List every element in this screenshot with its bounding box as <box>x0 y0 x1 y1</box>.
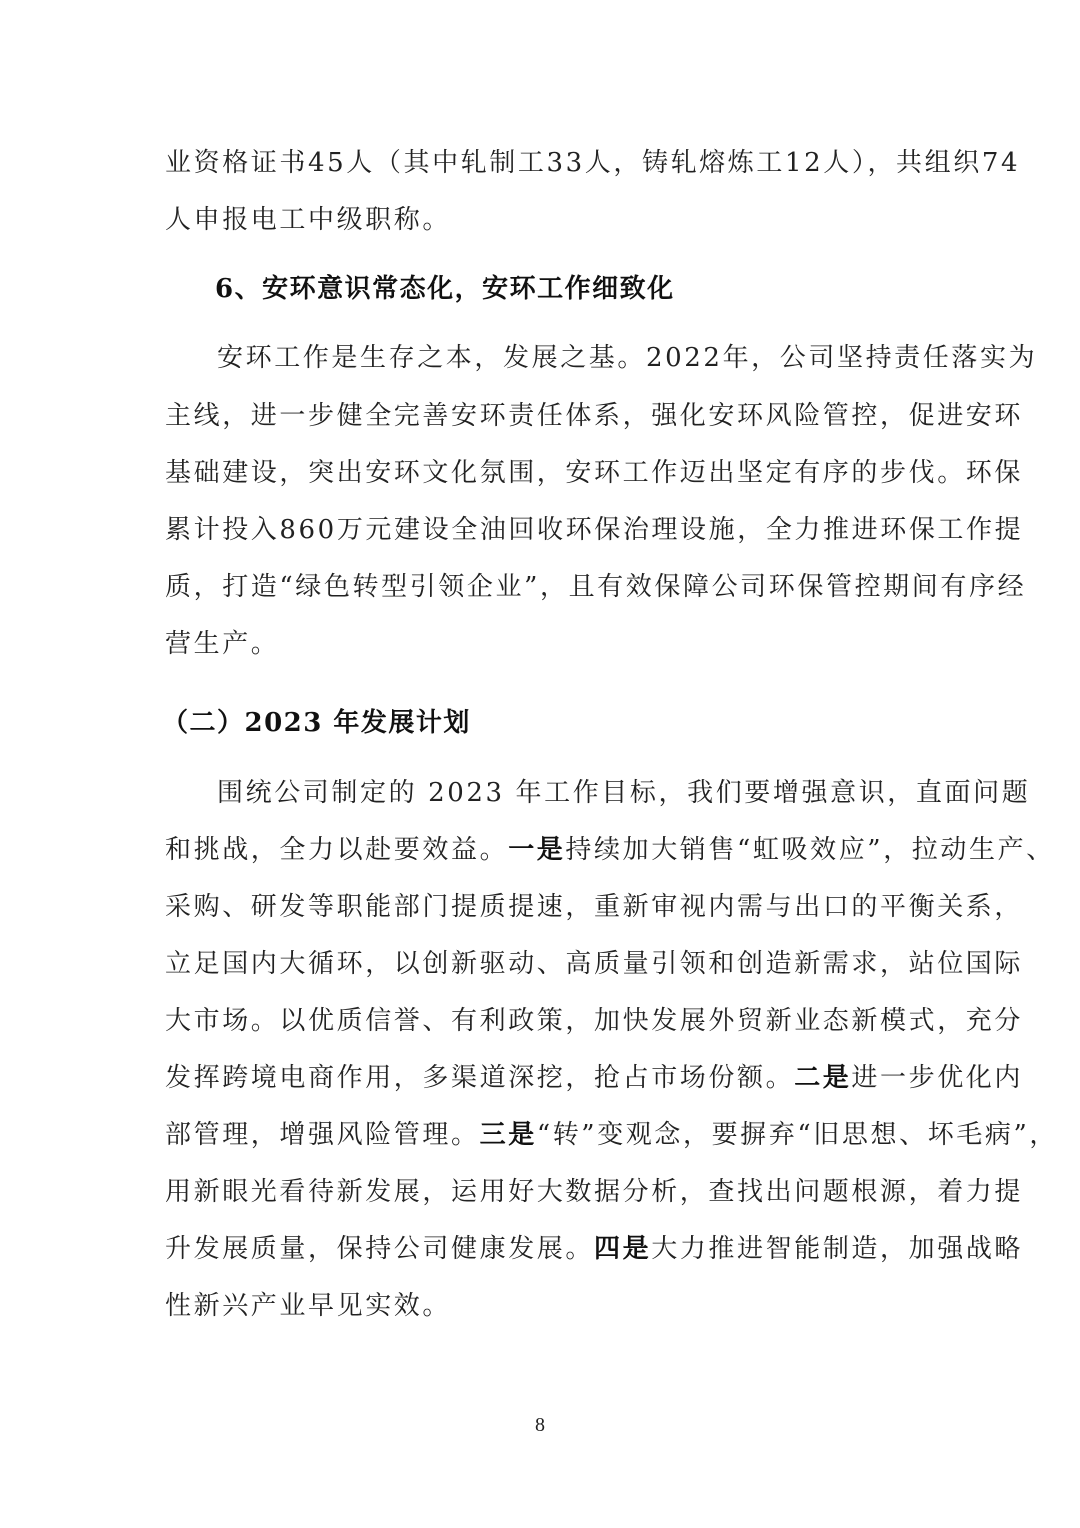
text-span: 升发展质量，保持公司健康发展。 <box>165 1234 594 1264</box>
text-line: 质，打造“绿色转型引领企业”，且有效保障公司环保管控期间有序经 <box>165 570 917 604</box>
bold-marker-two: 二是 <box>794 1063 851 1093</box>
text-span: “转”变观念，要摒弃“旧思想、坏毛病”， <box>537 1120 1058 1150</box>
text-line: 基础建设，突出安环文化氛围，安环工作迈出坚定有序的步伐。环保 <box>165 456 917 490</box>
text-line: 累计投入860万元建设全油回收环保治理设施，全力推进环保工作提 <box>165 513 917 547</box>
text-line: 采购、研发等职能部门提质提速，重新审视内需与出口的平衡关系， <box>165 890 917 924</box>
text-line: 和挑战，全力以赴要效益。一是持续加大销售“虹吸效应”，拉动生产、 <box>165 833 917 867</box>
text-line: 围统公司制定的 2023 年工作目标，我们要增强意识，直面问题 <box>217 776 917 810</box>
text-line: 主线，进一步健全完善安环责任体系，强化安环风险管控，促进安环 <box>165 399 917 433</box>
text-line: 业资格证书45人（其中轧制工33人，铸轧熔炼工12人），共组织74 <box>165 146 917 180</box>
text-span: 大力推进智能制造，加强战略 <box>651 1234 1023 1264</box>
text-span: 和挑战，全力以赴要效益。 <box>165 835 508 865</box>
bold-marker-three: 三是 <box>480 1120 537 1150</box>
text-line: 用新眼光看待新发展，运用好大数据分析，查找出问题根源，着力提 <box>165 1175 917 1209</box>
text-span: 发挥跨境电商作用，多渠道深挖，抢占市场份额。 <box>165 1063 794 1093</box>
bold-marker-one: 一是 <box>508 835 565 865</box>
page-number: 8 <box>0 1414 1080 1437</box>
document-page: 业资格证书45人（其中轧制工33人，铸轧熔炼工12人），共组织74 人申报电工中… <box>0 0 1080 1528</box>
text-line: 升发展质量，保持公司健康发展。四是大力推进智能制造，加强战略 <box>165 1232 917 1266</box>
text-line: 性新兴产业早见实效。 <box>165 1289 917 1323</box>
text-span: 持续加大销售“虹吸效应”，拉动生产、 <box>565 835 1054 865</box>
section-heading-6: 6、安环意识常态化，安环工作细致化 <box>215 272 675 306</box>
text-span: 部管理，增强风险管理。 <box>165 1120 480 1150</box>
text-line: 营生产。 <box>165 627 917 661</box>
text-line: 人申报电工中级职称。 <box>165 203 917 237</box>
bold-marker-four: 四是 <box>594 1234 651 1264</box>
text-line: 部管理，增强风险管理。三是“转”变观念，要摒弃“旧思想、坏毛病”， <box>165 1118 917 1152</box>
text-line: 发挥跨境电商作用，多渠道深挖，抢占市场份额。二是进一步优化内 <box>165 1061 917 1095</box>
text-span: 进一步优化内 <box>851 1063 1023 1093</box>
text-line: 安环工作是生存之本，发展之基。2022年，公司坚持责任落实为 <box>217 341 917 375</box>
text-line: 立足国内大循环，以创新驱动、高质量引领和创造新需求，站位国际 <box>165 947 917 981</box>
text-line: 大市场。以优质信誉、有利政策，加快发展外贸新业态新模式，充分 <box>165 1004 917 1038</box>
section-heading-2023-plan: （二）2023 年发展计划 <box>162 706 471 740</box>
